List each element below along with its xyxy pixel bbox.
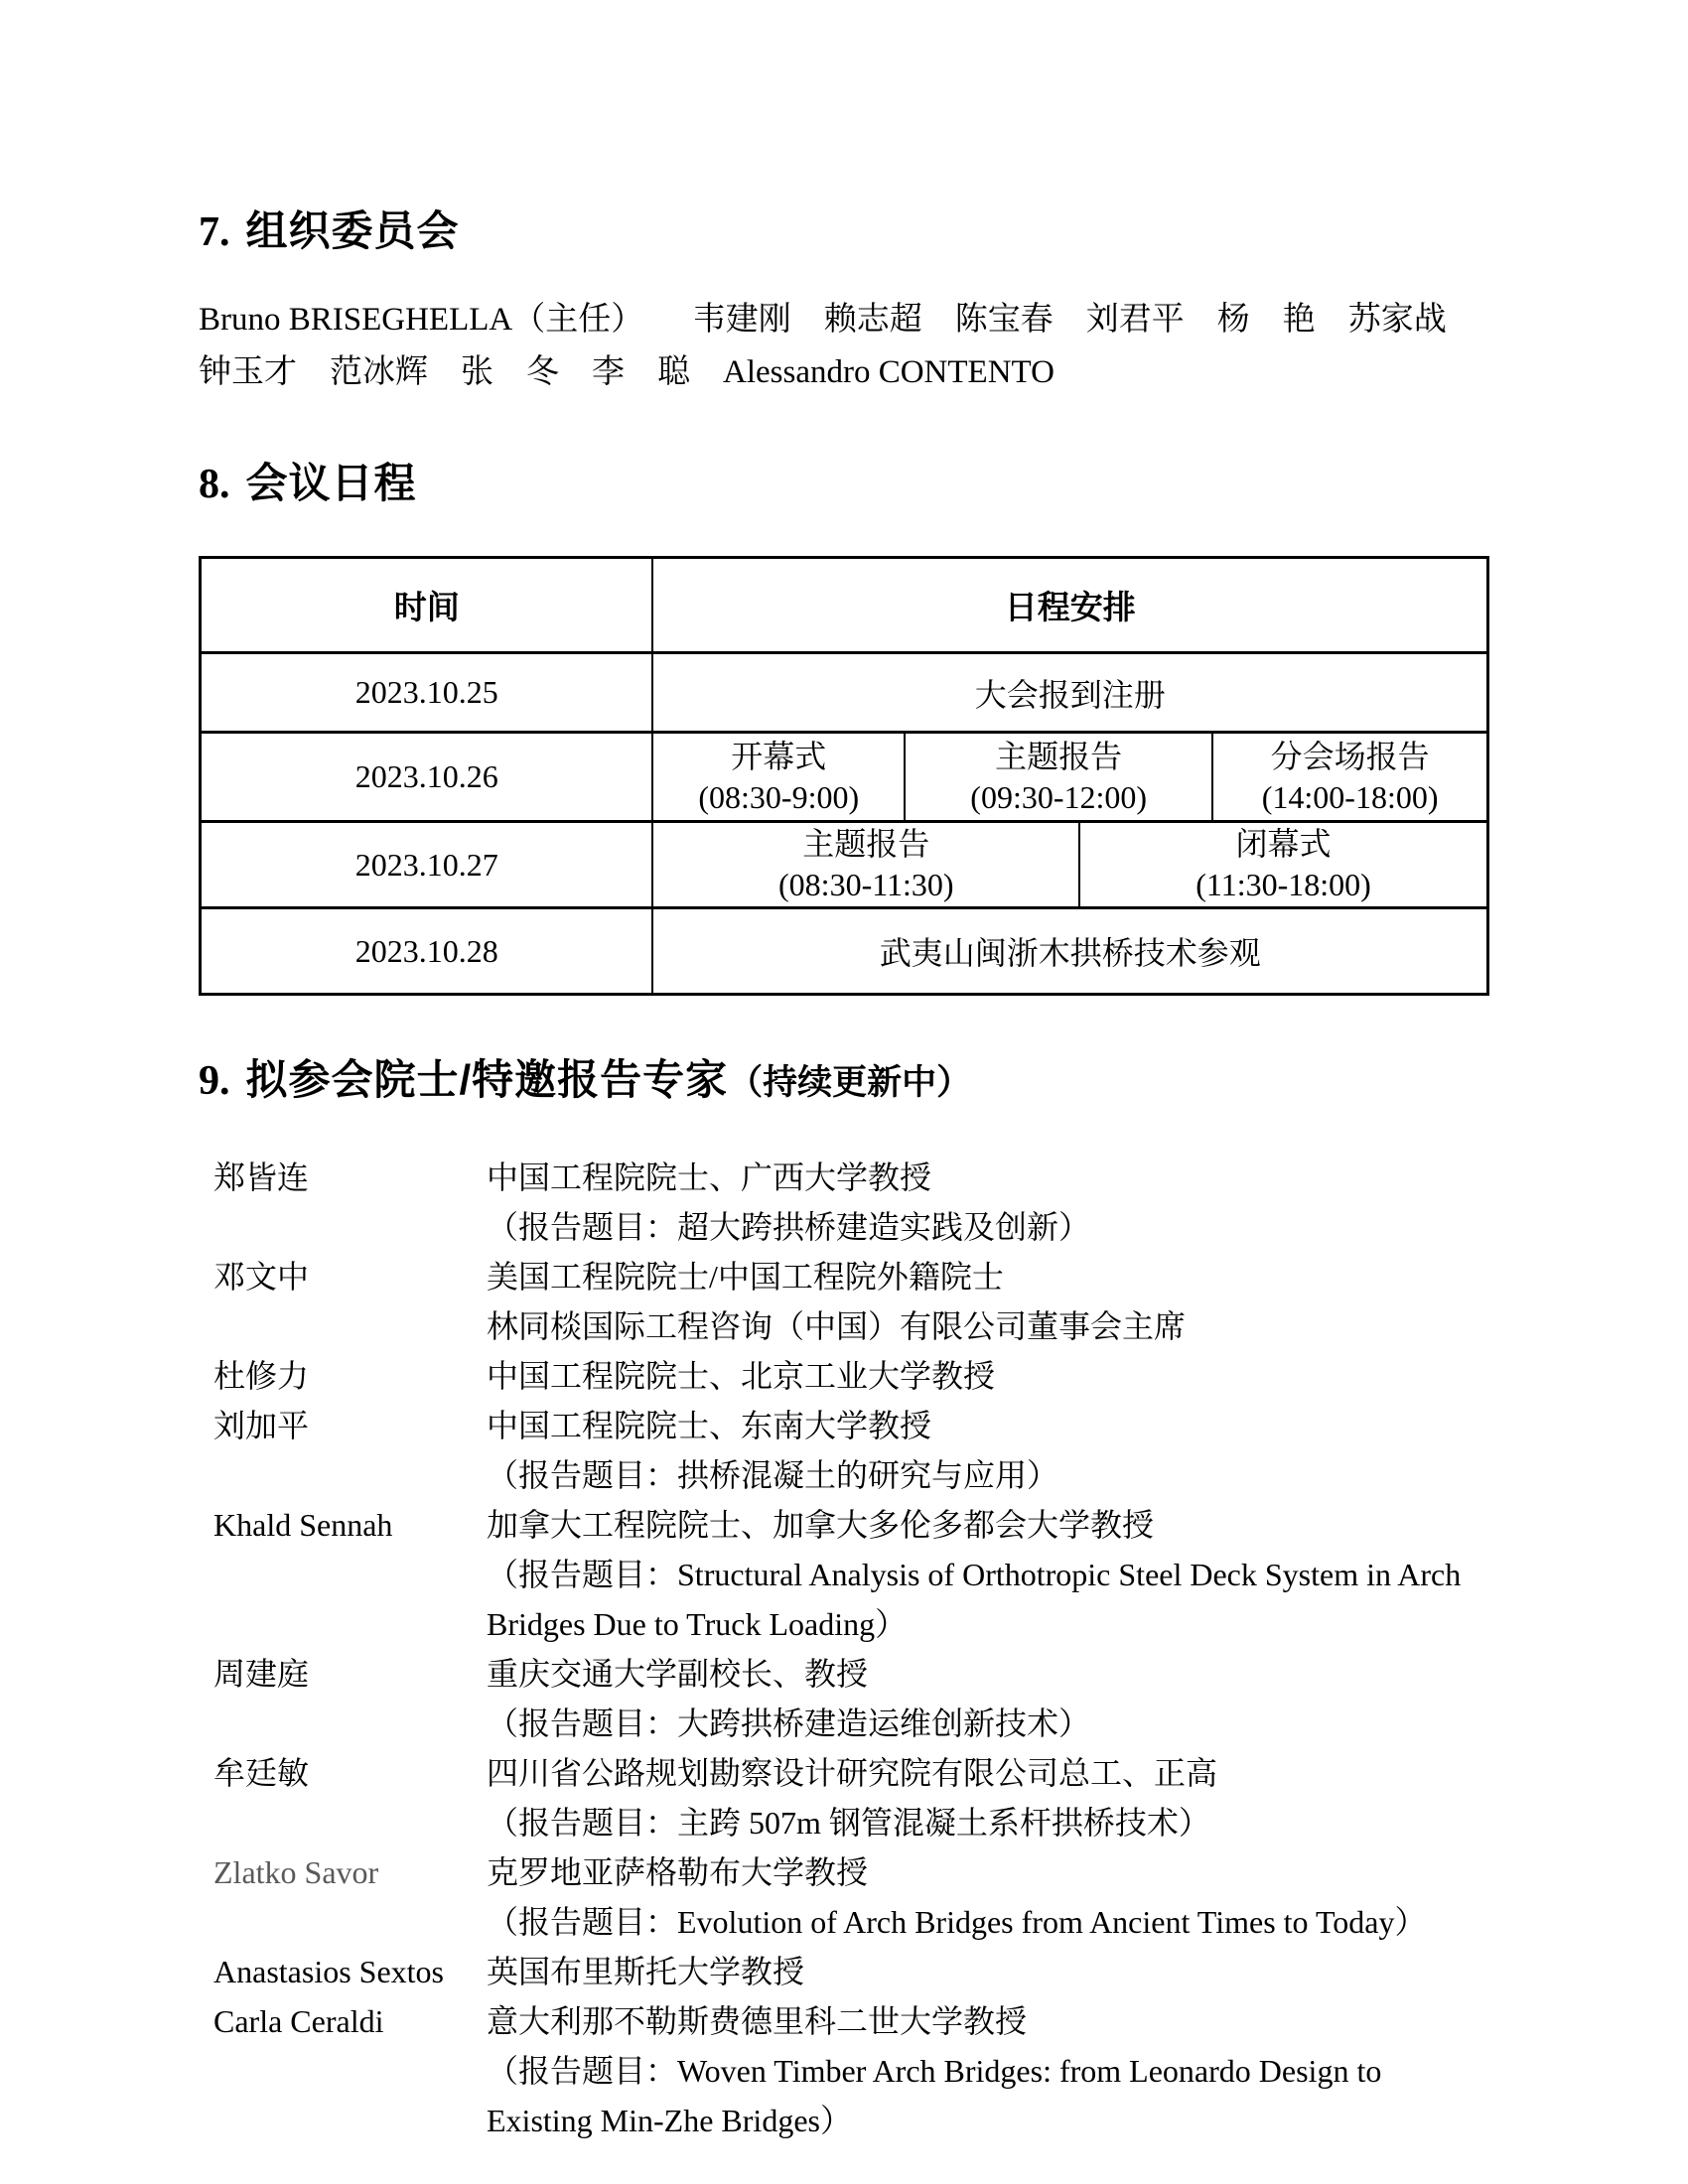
schedule-row-2023-10-25: 2023.10.25 大会报到注册 <box>202 651 1486 731</box>
speaker-talk-title: （报告题目：大跨拱桥建造运维创新技术） <box>487 1699 1539 1748</box>
speaker-affiliation: 中国工程院院士、北京工业大学教授 <box>487 1351 1539 1401</box>
event-title: 主题报告 <box>802 824 929 865</box>
event-title: 主题报告 <box>995 737 1122 777</box>
section-9-title: 拟参会院士/特邀报告专家 <box>246 1056 729 1103</box>
speaker-talk-title: Existing Min-Zhe Bridges） <box>487 2096 1539 2145</box>
speaker-desc: 四川省公路规划勘察设计研究院有限公司总工、正高 （报告题目：主跨 507m 钢管… <box>487 1748 1539 1847</box>
schedule-event-cell: 主题报告 (08:30-11:30) <box>653 823 1078 906</box>
speaker-row: Khald Sennah 加拿大工程院院士、加拿大多伦多都会大学教授 （报告题目… <box>199 1500 1539 1649</box>
speaker-talk-title: （报告题目：超大跨拱桥建造实践及创新） <box>487 1202 1539 1252</box>
speaker-affiliation: 重庆交通大学副校长、教授 <box>487 1649 1539 1699</box>
speaker-desc: 中国工程院院士、北京工业大学教授 <box>487 1351 1539 1401</box>
speaker-row: Carla Ceraldi 意大利那不勒斯费德里科二世大学教授 （报告题目：Wo… <box>199 1996 1539 2145</box>
speaker-row: 杜修力 中国工程院院士、北京工业大学教授 <box>199 1351 1539 1401</box>
section-9-heading: 9.拟参会院士/特邀报告专家（持续更新中） <box>199 1047 1539 1107</box>
schedule-table: 时间 日程安排 2023.10.25 大会报到注册 2023.10.26 开幕式… <box>199 556 1489 996</box>
schedule-events: 主题报告 (08:30-11:30) 闭幕式 (11:30-18:00) <box>653 823 1486 906</box>
event-title: 闭幕式 <box>1236 824 1332 865</box>
schedule-row-2023-10-28: 2023.10.28 武夷山闽浙木拱桥技术参观 <box>202 906 1486 993</box>
section-8-title: 会议日程 <box>246 460 417 506</box>
schedule-event-cell: 闭幕式 (11:30-18:00) <box>1078 823 1486 906</box>
speaker-desc: 克罗地亚萨格勒布大学教授 （报告题目：Evolution of Arch Bri… <box>487 1847 1539 1947</box>
speaker-row: Anastasios Sextos 英国布里斯托大学教授 <box>199 1947 1539 1996</box>
committee-line-1: Bruno BRISEGHELLA（主任） 韦建刚 赖志超 陈宝春 刘君平 杨 … <box>199 294 1539 346</box>
schedule-event-cell: 武夷山闽浙木拱桥技术参观 <box>653 909 1486 993</box>
speaker-desc: 重庆交通大学副校长、教授 （报告题目：大跨拱桥建造运维创新技术） <box>487 1649 1539 1748</box>
section-7-number: 7. <box>199 209 230 255</box>
speaker-row: 牟廷敏 四川省公路规划勘察设计研究院有限公司总工、正高 （报告题目：主跨 507… <box>199 1748 1539 1847</box>
speaker-affiliation: 加拿大工程院院士、加拿大多伦多都会大学教授 <box>487 1500 1539 1550</box>
section-8-heading: 8.会议日程 <box>199 451 1539 510</box>
speaker-affiliation: 中国工程院院士、广西大学教授 <box>487 1153 1539 1202</box>
event-title: 分会场报告 <box>1271 737 1430 777</box>
section-7-title: 组织委员会 <box>246 207 460 254</box>
speaker-row: 邓文中 美国工程院院士/中国工程院外籍院士 林同棪国际工程咨询（中国）有限公司董… <box>199 1252 1539 1351</box>
speaker-desc: 英国布里斯托大学教授 <box>487 1947 1539 1996</box>
schedule-header-plan: 日程安排 <box>653 559 1486 651</box>
schedule-events: 开幕式 (08:30-9:00) 主题报告 (09:30-12:00) 分会场报… <box>653 734 1486 820</box>
speaker-talk-title: （报告题目：Structural Analysis of Orthotropic… <box>487 1550 1539 1599</box>
speaker-affiliation: 意大利那不勒斯费德里科二世大学教授 <box>487 1996 1539 2046</box>
section-8-number: 8. <box>199 462 230 507</box>
event-title: 开幕式 <box>731 737 826 777</box>
speaker-name: 郑皆连 <box>213 1153 487 1202</box>
speaker-row: 周建庭 重庆交通大学副校长、教授 （报告题目：大跨拱桥建造运维创新技术） <box>199 1649 1539 1748</box>
speaker-row: Zlatko Savor 克罗地亚萨格勒布大学教授 （报告题目：Evolutio… <box>199 1847 1539 1947</box>
schedule-event-cell: 大会报到注册 <box>653 654 1486 731</box>
speaker-affiliation: 四川省公路规划勘察设计研究院有限公司总工、正高 <box>487 1748 1539 1798</box>
committee-line-2: 钟玉才 范冰辉 张 冬 李 聪 Alessandro CONTENTO <box>199 346 1539 399</box>
speakers-list: 郑皆连 中国工程院院士、广西大学教授 （报告题目：超大跨拱桥建造实践及创新） 邓… <box>199 1153 1539 2145</box>
schedule-event-cell: 开幕式 (08:30-9:00) <box>653 734 904 820</box>
committee-members: Bruno BRISEGHELLA（主任） 韦建刚 赖志超 陈宝春 刘君平 杨 … <box>199 294 1539 399</box>
event-time: (08:30-9:00) <box>698 777 859 818</box>
schedule-header-time: 时间 <box>202 559 653 651</box>
speaker-desc: 意大利那不勒斯费德里科二世大学教授 （报告题目：Woven Timber Arc… <box>487 1996 1539 2145</box>
speaker-talk-title: （报告题目：拱桥混凝土的研究与应用） <box>487 1450 1539 1500</box>
section-7-heading: 7.组织委员会 <box>199 199 1539 258</box>
speaker-affiliation: 中国工程院院士、东南大学教授 <box>487 1401 1539 1450</box>
speaker-name: Carla Ceraldi <box>213 1996 487 2046</box>
speaker-desc: 加拿大工程院院士、加拿大多伦多都会大学教授 （报告题目：Structural A… <box>487 1500 1539 1649</box>
speaker-name: Anastasios Sextos <box>213 1947 487 1996</box>
speaker-name: 牟廷敏 <box>213 1748 487 1798</box>
speaker-talk-title: Bridges Due to Truck Loading） <box>487 1599 1539 1649</box>
speaker-row: 郑皆连 中国工程院院士、广西大学教授 （报告题目：超大跨拱桥建造实践及创新） <box>199 1153 1539 1252</box>
schedule-date-cell: 2023.10.28 <box>202 909 653 993</box>
speaker-talk-title: （报告题目：Woven Timber Arch Bridges: from Le… <box>487 2046 1539 2096</box>
speaker-name: Zlatko Savor <box>213 1847 487 1897</box>
speaker-name: 周建庭 <box>213 1649 487 1699</box>
section-9-suffix: （持续更新中） <box>728 1063 971 1102</box>
schedule-date-cell: 2023.10.26 <box>202 734 653 820</box>
event-time: (14:00-18:00) <box>1262 777 1439 818</box>
event-time: (08:30-11:30) <box>778 865 954 905</box>
schedule-row-2023-10-27: 2023.10.27 主题报告 (08:30-11:30) 闭幕式 (11:30… <box>202 820 1486 906</box>
speaker-row: 刘加平 中国工程院院士、东南大学教授 （报告题目：拱桥混凝土的研究与应用） <box>199 1401 1539 1500</box>
speaker-affiliation: 林同棪国际工程咨询（中国）有限公司董事会主席 <box>487 1301 1539 1351</box>
schedule-header-row: 时间 日程安排 <box>202 559 1486 651</box>
speaker-affiliation: 美国工程院院士/中国工程院外籍院士 <box>487 1252 1539 1301</box>
speaker-name: Khald Sennah <box>213 1500 487 1550</box>
document-page: 7.组织委员会 Bruno BRISEGHELLA（主任） 韦建刚 赖志超 陈宝… <box>0 0 1688 2184</box>
schedule-row-2023-10-26: 2023.10.26 开幕式 (08:30-9:00) 主题报告 (09:30-… <box>202 731 1486 820</box>
speaker-desc: 中国工程院院士、东南大学教授 （报告题目：拱桥混凝土的研究与应用） <box>487 1401 1539 1500</box>
speaker-desc: 中国工程院院士、广西大学教授 （报告题目：超大跨拱桥建造实践及创新） <box>487 1153 1539 1252</box>
speaker-desc: 美国工程院院士/中国工程院外籍院士 林同棪国际工程咨询（中国）有限公司董事会主席 <box>487 1252 1539 1351</box>
speaker-affiliation: 克罗地亚萨格勒布大学教授 <box>487 1847 1539 1897</box>
schedule-event-cell: 分会场报告 (14:00-18:00) <box>1211 734 1486 820</box>
event-time: (11:30-18:00) <box>1196 865 1371 905</box>
schedule-event-cell: 主题报告 (09:30-12:00) <box>904 734 1211 820</box>
speaker-name: 邓文中 <box>213 1252 487 1301</box>
section-9-number: 9. <box>199 1058 230 1104</box>
schedule-date-cell: 2023.10.27 <box>202 823 653 906</box>
speaker-name: 刘加平 <box>213 1401 487 1450</box>
speaker-talk-title: （报告题目：主跨 507m 钢管混凝土系杆拱桥技术） <box>487 1798 1539 1847</box>
schedule-date-cell: 2023.10.25 <box>202 654 653 731</box>
event-time: (09:30-12:00) <box>970 777 1147 818</box>
speaker-name: 杜修力 <box>213 1351 487 1401</box>
speaker-affiliation: 英国布里斯托大学教授 <box>487 1947 1539 1996</box>
speaker-talk-title: （报告题目：Evolution of Arch Bridges from Anc… <box>487 1897 1539 1947</box>
